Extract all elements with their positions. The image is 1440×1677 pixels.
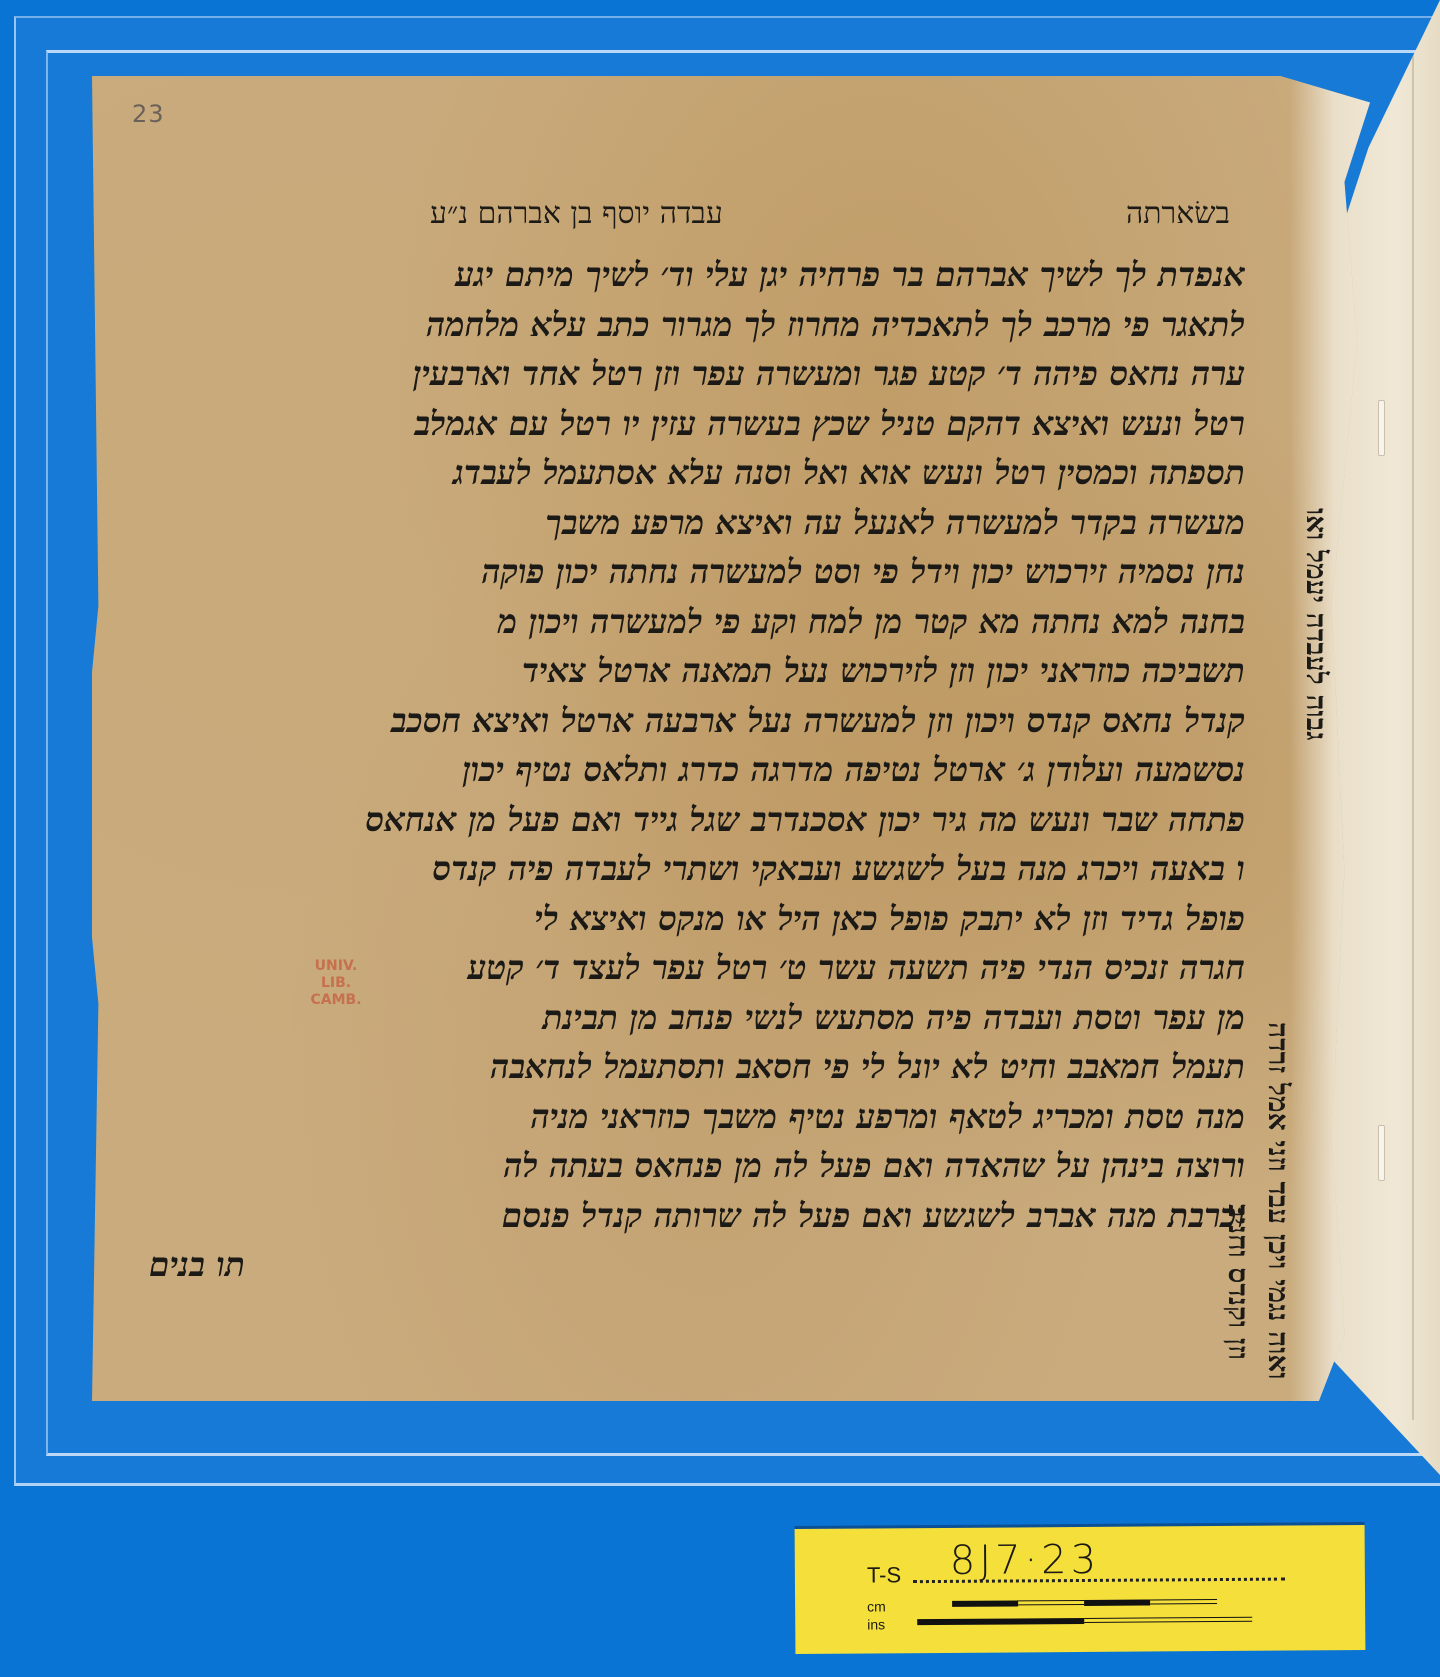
margin-line: וזן וקנדס וחניב <box>1222 640 1255 1360</box>
text-line: ערה נחאס פיהה ד׳ קטע פגר ומעשרה עפר וזן … <box>95 349 1245 399</box>
text-line: נחן נסמיה זירכוש יכון וידל פי וסט למעשרה… <box>95 547 1245 597</box>
stamp-line: UNIV. <box>305 958 367 975</box>
text-line: אנפדת לך לשיך אברהם בר פרחיה יגן עלי וד׳… <box>95 250 1245 300</box>
text-line: חגרה זנכיס הנדי פיה תשעה עשר ט׳ רטל עפר … <box>95 943 1245 993</box>
letter-heading: בשׂארתה עבדה יוסף בן אברהם נ״ע <box>430 196 1230 246</box>
stamp-line: CAMB. <box>305 992 367 1009</box>
text-line: פופל גדיד וזן לא יתבק פופל כאן היל או מנ… <box>95 894 1245 944</box>
margin-line: גבוה לעבדה יעמל ואו <box>1300 270 1333 740</box>
text-line: רטל ונעש ואיצא דהקם טניל שכץ בעשרה עזין … <box>95 399 1245 449</box>
text-line: מעשרה בקדר למעשרה לאנעל עה ואיצא מרפע מש… <box>95 498 1245 548</box>
margin-line: ואוה נגמי ויכן עבד וזני אמל זרדה <box>1262 270 1295 1380</box>
fold-line <box>1412 40 1414 1420</box>
staple-icon <box>1378 1125 1385 1181</box>
shelfmark-number: 8J7·23 <box>950 1537 1101 1584</box>
text-line: וכרבת מנה אברב לשגשע ואם פעל לה שרותה קנ… <box>95 1191 1245 1241</box>
stamp-line: LIB. <box>305 975 367 992</box>
text-line: תעמל חמאבב וחיט לא יונל לי פי חסאב ותסתע… <box>95 1042 1245 1092</box>
letter-body: אנפדת לך לשיך אברהם בר פרחיה יגן עלי וד׳… <box>95 250 1245 1290</box>
text-line: ו באעה ויכרג מנה בעל לשגשע ועבאקי ושתרי … <box>95 844 1245 894</box>
heading-left: עבדה יוסף בן אברהם נ״ע <box>430 196 723 246</box>
cm-scale-bar <box>952 1596 1217 1610</box>
collection-prefix: T-S <box>867 1562 901 1588</box>
text-line: נסשמעה ועלודן ג׳ ארטל נטיפה מדרגה כדרג ו… <box>95 745 1245 795</box>
text-line: מנה טסת ומכריג לטאף ומרפע נטיף משבך כוזר… <box>95 1092 1245 1142</box>
shelfmark-label: T-S 8J7·23 cm ins <box>795 1525 1366 1654</box>
staple-icon <box>1378 400 1385 456</box>
text-line: בחנה למא נחתה מא קטר מן למח וקע פי למעשר… <box>95 597 1245 647</box>
text-line: מן עפר וטסת ועבדה פיה מסתעש לנשי פנחב מן… <box>95 993 1245 1043</box>
scale-ins-label: ins <box>867 1616 885 1632</box>
text-line: קנדל נחאס קנדס ויכון וזן למעשרה נעל ארבע… <box>95 696 1245 746</box>
text-line: לתאגר פי מרכב לך לתאכדיה מחרוז לך מגרור … <box>95 300 1245 350</box>
text-line: תו בנים <box>95 1240 1245 1290</box>
library-stamp: UNIV. LIB. CAMB. <box>305 958 367 1009</box>
scale-cm-label: cm <box>867 1598 886 1614</box>
text-line: תספתה וכמסין רטל ונעש אוא ואל וסנה עלא א… <box>95 448 1245 498</box>
inch-scale-bar <box>917 1614 1252 1628</box>
text-line: ורוצה בינהן על שהאדה ואם פעל לה מן פנחאס… <box>95 1141 1245 1191</box>
folio-number: 23 <box>132 100 165 128</box>
text-line: פתחה שבר ונעש מה גיר יכון אסכנדרב שגל גי… <box>95 795 1245 845</box>
heading-right: בשׂארתה <box>1126 196 1230 246</box>
text-line: תשביכה כוזראני יכון וזן לזירכוש נעל תמאנ… <box>95 646 1245 696</box>
